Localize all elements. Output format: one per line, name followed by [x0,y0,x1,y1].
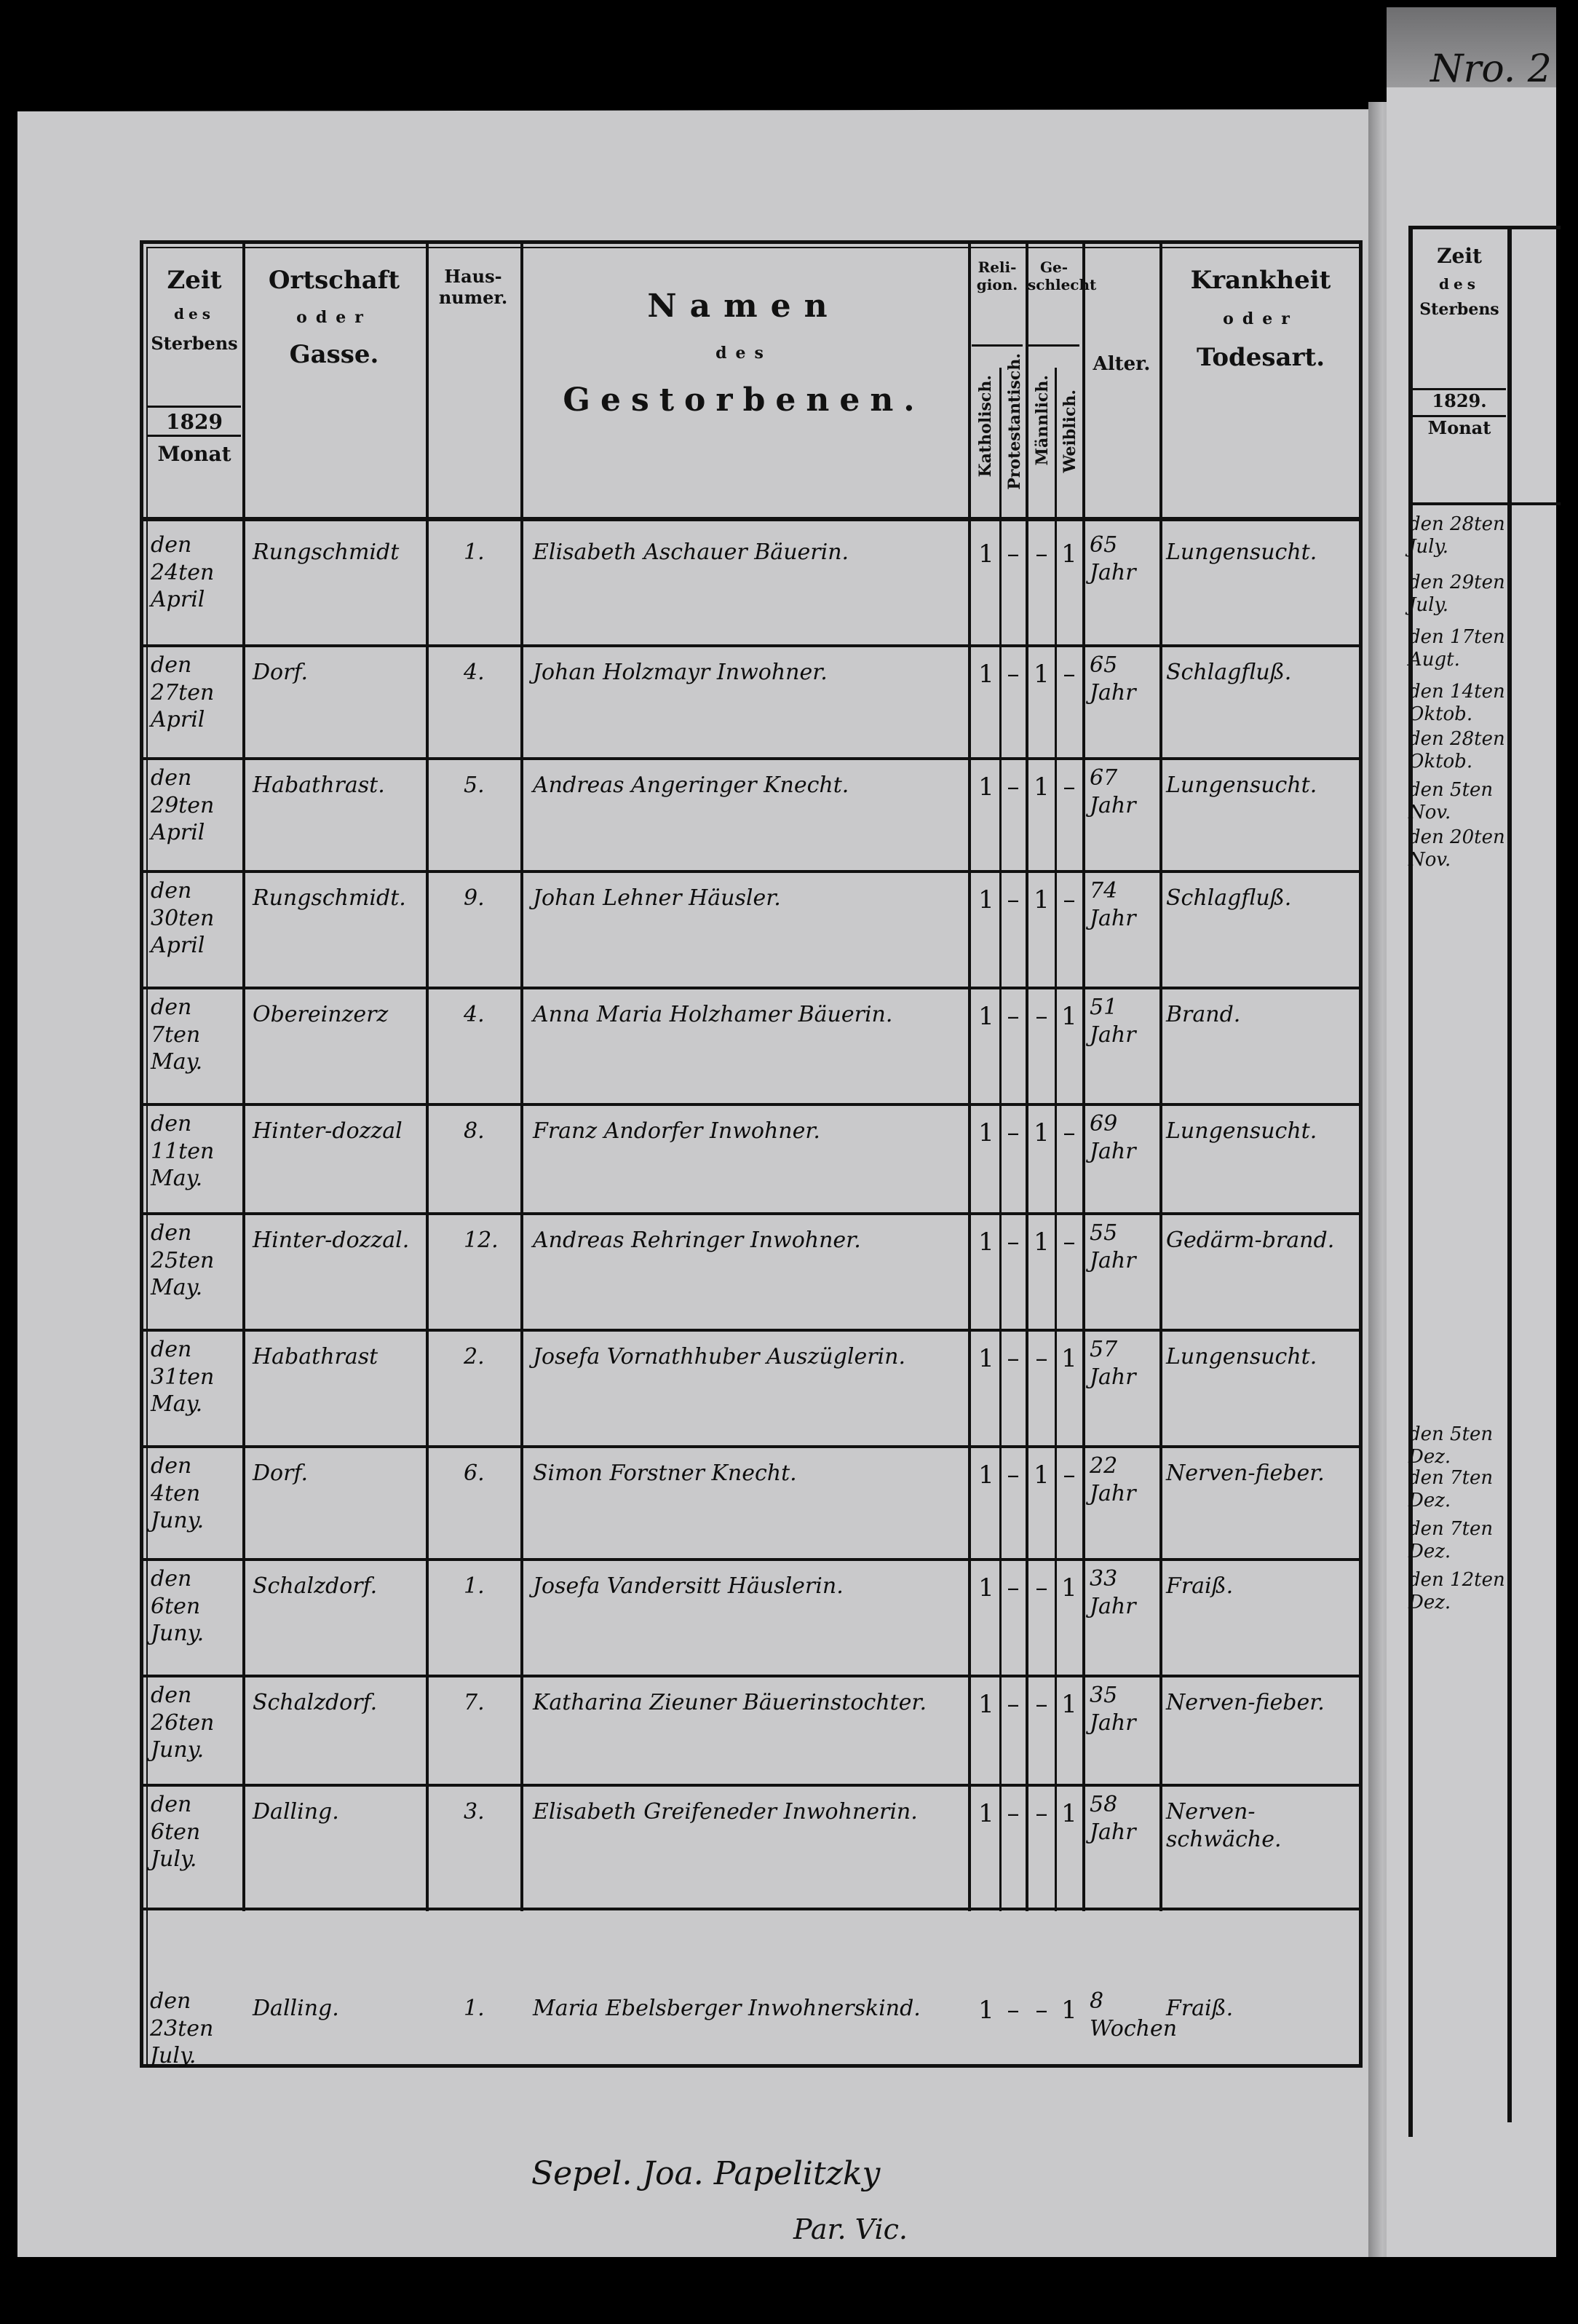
header-krankheit: Krankheit oder Todesart. [1162,266,1359,372]
right-header-zeit: Zeit des Sterbens [1413,244,1506,319]
page-number-mark: Nro. 2 [1430,47,1552,91]
right-date: den 29ten July. [1408,572,1518,617]
right-table: Zeit des Sterbens 1829. Monat [1408,226,1561,2137]
table-row: den 7ten May. Obereinzerz 4. Anna Maria … [143,994,1360,1099]
table-row: den 6ten Juny. Schalzdorf. 1. Josefa Van… [143,1565,1360,1671]
table-row: den 26ten Juny. Schalzdorf. 7. Katharina… [143,1682,1360,1784]
table-row: den 11ten May. Hinter-dozzal 8. Franz An… [143,1110,1360,1212]
right-date: den 28ten Oktob. [1408,728,1518,773]
table-row: den 4ten Juny. Dorf. 6. Simon Forstner K… [143,1452,1360,1554]
signature-line-2: Par. Vic. [793,2213,908,2245]
table-row: den 6ten July. Dalling. 3. Elisabeth Gre… [143,1791,1360,1904]
header-alter: Alter. [1085,353,1158,375]
table-row: den 25ten May. Hinter-dozzal. 12. Andrea… [143,1220,1360,1325]
header-weiblich: Weiblich. [1060,390,1079,473]
right-date: den 5ten Nov. [1408,779,1518,824]
header-zeit: Zeit des Sterbens [148,266,241,354]
header-religion: Reli-gion. [971,258,1023,293]
right-page: Nro. 2 Zeit des Sterbens 1829. Monat den… [1387,7,1556,2257]
header-protestantisch: Protestantisch. [1005,353,1024,490]
right-date: den 5ten Dez. [1408,1423,1518,1469]
header-hausnummer: Haus- numer. [429,266,518,308]
table-row: den 24ten April Rungschmidt 1. Elisabeth… [143,531,1360,641]
table-row: den 23ten July. Dalling. 1. Maria Ebelsb… [140,1988,1363,2104]
table-row: den 29ten April Habathrast. 5. Andreas A… [143,764,1360,870]
right-date: den 14ten Oktob. [1408,681,1518,726]
header-geschlecht: Ge-schlecht [1028,258,1080,293]
table-row: den 30ten April Rungschmidt. 9. Johan Le… [143,877,1360,983]
header-monat: Monat [148,442,241,466]
right-header-year: 1829. [1413,388,1506,411]
header-year: 1829 [148,410,241,434]
header-namen: Namen des Gestorbenen. [523,288,964,419]
signature-line-1: Sepel. Joa. Papelitzky [531,2155,880,2192]
right-date: den 7ten Dez. [1408,1467,1518,1512]
right-date: den 7ten Dez. [1408,1518,1518,1563]
right-date: den 12ten Dez. [1408,1569,1518,1614]
header-katholisch: Katholisch. [976,375,995,477]
right-date: den 17ten Augt. [1408,626,1518,671]
death-register-table: Zeit des Sterbens 1829 Monat Ortschaft o… [140,240,1363,2068]
header-maennlich: Männlich. [1033,375,1052,465]
table-row: den 31ten May. Habathrast 2. Josefa Vorn… [143,1336,1360,1442]
table-row: den 27ten April Dorf. 4. Johan Holzmayr … [143,652,1360,757]
right-date: den 28ten July. [1408,513,1518,558]
right-header-monat: Monat [1413,415,1506,438]
right-date: den 20ten Nov. [1408,826,1518,871]
header-ortschaft: Ortschaft oder Gasse. [245,266,423,369]
